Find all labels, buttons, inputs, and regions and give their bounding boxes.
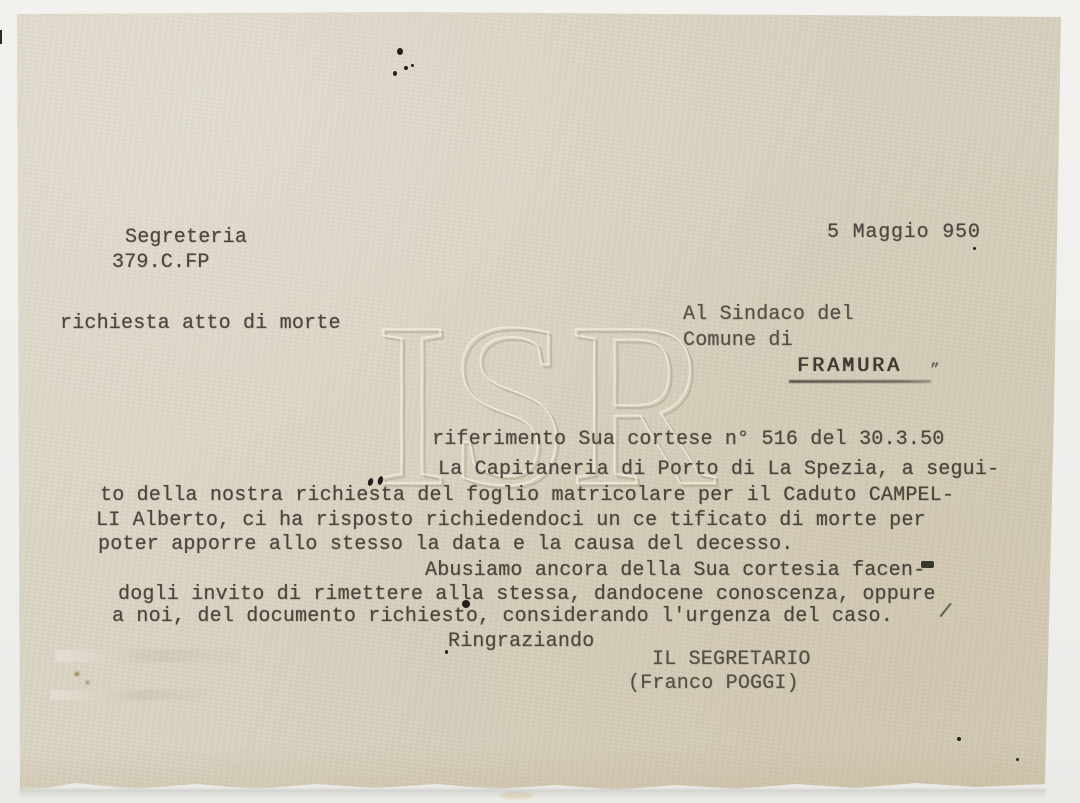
background-stain [500,792,534,799]
office-line: Segreteria [125,226,247,250]
scan-edge-artifact [0,30,2,44]
recipient-line-2: Comune di [683,329,793,353]
paper-crease [55,650,240,662]
ink-speck [445,650,448,654]
signature-name: (Franco POGGI) [628,672,799,696]
para1-line4: poter apporre allo stesso la data e la c… [98,533,794,557]
para1-line3: LI Alberto, ci ha risposto richiedendoci… [96,509,926,533]
reference-line: riferimento Sua cortese n° 516 del 30.3.… [432,428,944,452]
ink-speck [404,66,408,70]
closing-line: Ringraziando [448,630,594,654]
para1-line1: La Capitaneria di Porto di La Spezia, a … [438,458,999,482]
para1-line2: to della nostra richiesta del foglio mat… [100,484,954,508]
signature-title: IL SEGRETARIO [652,648,811,672]
paper-spot [86,681,89,684]
overstruck-hyphen-mark [921,561,934,568]
bottom-discoloration-band [16,745,1063,787]
para2-line1: Abusiamo ancora della Sua cortesia facen… [425,559,925,583]
commune-underline [789,380,931,383]
ink-blot [462,600,470,608]
ink-speck [957,737,961,741]
para2-line2: dogli invito di rimettere alla stessa, d… [118,583,936,607]
recipient-line-1: Al Sindaco del [683,303,854,327]
stray-slash-mark: / [937,600,953,626]
paper-crease [50,690,215,700]
ink-speck [397,48,403,55]
letter-paper: ISR ISR Segreteria 379.C.FP 5 Maggio 950… [16,12,1063,793]
scanned-letter-page: { "letter": { "office": "Segreteria", "p… [0,0,1080,803]
recipient-commune-name: FRAMURA [797,355,902,379]
para2-line3: a noi, del documento richiesto, consider… [112,605,893,629]
date-line: 5 Maggio 950 [827,221,981,245]
recipient-stray-mark: ” [930,358,940,382]
subject-line: richiesta atto di morte [60,312,341,336]
paper-spot [75,672,79,676]
protocol-number: 379.C.FP [112,251,210,275]
ink-speck [393,71,397,76]
ink-speck [973,247,976,250]
ink-speck [411,64,414,67]
